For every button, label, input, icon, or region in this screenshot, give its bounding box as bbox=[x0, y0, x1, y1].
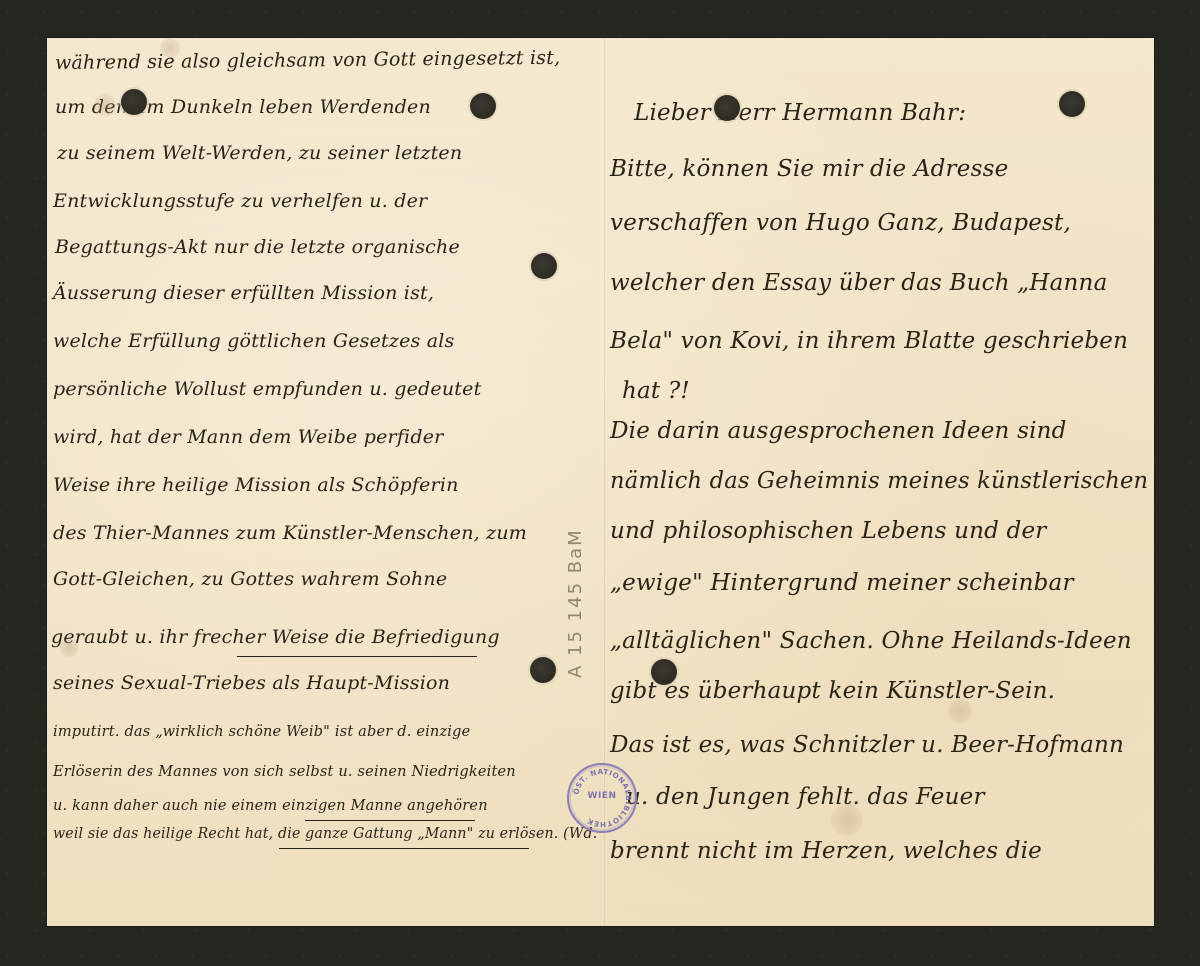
right-line-3: verschaffen von Hugo Ganz, Budapest, bbox=[610, 210, 1071, 236]
underline-mark bbox=[237, 656, 477, 657]
underline-mark bbox=[305, 820, 475, 821]
left-line-13: geraubt u. ihr frecher Weise die Befried… bbox=[51, 626, 500, 648]
right-line-6: hat ?! bbox=[622, 378, 690, 404]
paper-stain bbox=[830, 803, 864, 837]
left-line-3: zu seinem Welt-Werden, zu seiner letzten bbox=[57, 142, 462, 164]
right-line-10: „ewige" Hintergrund meiner scheinbar bbox=[610, 570, 1074, 596]
right-line-5: Bela" von Kovi, in ihrem Blatte geschrie… bbox=[610, 328, 1128, 354]
right-line-12: gibt es überhaupt kein Künstler-Sein. bbox=[610, 678, 1055, 704]
left-line-12: Gott-Gleichen, zu Gottes wahrem Sohne bbox=[53, 568, 447, 590]
shelfmark-pencil: A 15 145 BaM bbox=[565, 528, 586, 678]
punch-hole bbox=[651, 659, 677, 685]
paper-stain bbox=[159, 38, 181, 58]
left-line-9: wird, hat der Mann dem Weibe perfider bbox=[53, 426, 443, 448]
left-line-6: Äusserung dieser erfüllten Mission ist, bbox=[53, 282, 434, 304]
left-line-1: während sie also gleichsam von Gott eing… bbox=[55, 47, 560, 74]
right-page: Peter Altenberg Lieber Herr Hermann Bahr… bbox=[606, 38, 1154, 926]
right-line-2: Bitte, können Sie mir die Adresse bbox=[610, 156, 1008, 182]
right-line-9: und philosophischen Lebens und der bbox=[610, 518, 1046, 544]
left-line-8: persönliche Wollust empfunden u. gedeute… bbox=[53, 378, 481, 400]
underline-mark bbox=[279, 848, 529, 849]
stamp-center-text: WIEN bbox=[569, 791, 635, 801]
punch-hole bbox=[1059, 91, 1085, 117]
punch-hole bbox=[714, 95, 740, 121]
left-line-15: imputirt. das „wirklich schöne Weib" ist… bbox=[53, 724, 470, 740]
left-line-16: Erlöserin des Mannes von sich selbst u. … bbox=[53, 764, 516, 780]
left-line-14: seines Sexual-Triebes als Haupt-Mission bbox=[53, 672, 450, 694]
right-line-13: Das ist es, was Schnitzler u. Beer-Hofma… bbox=[610, 732, 1124, 758]
left-line-5: Begattungs-Akt nur die letzte organische bbox=[55, 236, 460, 258]
paper-stain bbox=[947, 698, 973, 724]
punch-hole bbox=[121, 89, 147, 115]
right-line-4: welcher den Essay über das Buch „Hanna bbox=[610, 270, 1107, 296]
left-line-7: welche Erfüllung göttlichen Gesetzes als bbox=[53, 330, 454, 352]
left-line-18: weil sie das heilige Recht hat, die ganz… bbox=[53, 826, 597, 842]
punch-hole bbox=[470, 93, 496, 119]
paper-stain bbox=[93, 93, 117, 117]
right-line-14: u. den Jungen fehlt. das Feuer bbox=[626, 784, 985, 810]
left-page: während sie also gleichsam von Gott eing… bbox=[47, 38, 604, 926]
right-line-7: Die darin ausgesprochenen Ideen sind bbox=[610, 418, 1067, 444]
paper-stain bbox=[59, 638, 79, 658]
left-line-10: Weise ihre heilige Mission als Schöpferi… bbox=[53, 474, 459, 496]
left-line-4: Entwicklungsstufe zu verhelfen u. der bbox=[53, 190, 427, 212]
right-line-11: „alltäglichen" Sachen. Ohne Heilands-Ide… bbox=[610, 628, 1132, 654]
right-line-1: Lieber Herr Hermann Bahr: bbox=[634, 100, 966, 126]
right-line-15: brennt nicht im Herzen, welches die bbox=[610, 838, 1042, 864]
left-line-11: des Thier-Mannes zum Künstler-Menschen, … bbox=[53, 522, 527, 544]
library-stamp: ÖST. NATIONALBIBLIOTHEK WIEN bbox=[567, 763, 637, 833]
letter-sheet: während sie also gleichsam von Gott eing… bbox=[47, 38, 1154, 926]
right-line-8: nämlich das Geheimnis meines künstlerisc… bbox=[610, 468, 1148, 494]
left-line-17: u. kann daher auch nie einem einzigen Ma… bbox=[53, 798, 488, 814]
punch-hole bbox=[530, 657, 556, 683]
punch-hole bbox=[531, 253, 557, 279]
